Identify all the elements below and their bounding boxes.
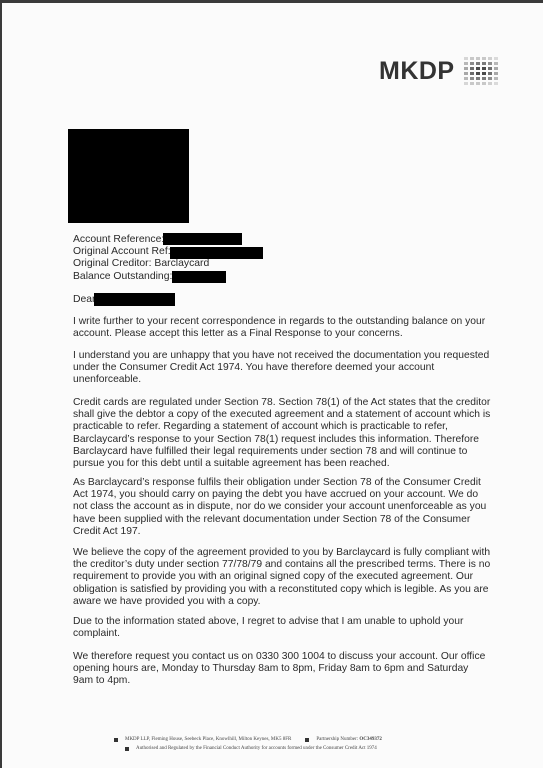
logo-dot: [470, 67, 474, 70]
logo-dot: [464, 57, 468, 60]
partnership-label: Partnership Number:: [316, 737, 358, 742]
logo-dot: [476, 82, 480, 85]
paragraph-obligation: As Barclaycard’s response fulfils their …: [73, 477, 491, 538]
logo-dot: [464, 82, 468, 85]
paragraph-intro: I write further to your recent correspon…: [73, 316, 491, 340]
logo-dot: [482, 82, 486, 85]
logo-dot: [488, 67, 492, 70]
bullet-square-icon: [305, 738, 309, 742]
logo-dot: [494, 82, 498, 85]
logo-dot: [482, 77, 486, 80]
bullet-square-icon: [125, 747, 129, 751]
original-creditor-line: Original Creditor: Barclaycard: [73, 258, 493, 270]
logo-dot: [476, 62, 480, 65]
footer: MKDP LLP, Fleming House, Seebeck Place, …: [114, 735, 382, 753]
logo-dot: [476, 72, 480, 75]
company-logo: MKDP: [379, 55, 498, 87]
logo-dot: [476, 57, 480, 60]
redacted-address-block: [68, 129, 189, 223]
logo-dot: [494, 57, 498, 60]
logo-dot: [470, 72, 474, 75]
redacted-balance-outstanding: [172, 271, 226, 283]
logo-dot: [476, 77, 480, 80]
letter-page: MKDP Account Reference: Original Account…: [0, 0, 543, 768]
logo-dot: [482, 57, 486, 60]
logo-dot: [470, 57, 474, 60]
logo-text: MKDP: [379, 57, 455, 86]
logo-dot: [464, 77, 468, 80]
logo-dot: [488, 62, 492, 65]
logo-dot: [494, 77, 498, 80]
paragraph-section-78: Credit cards are regulated under Section…: [73, 397, 491, 470]
account-reference-line: Account Reference:: [73, 234, 493, 246]
logo-dot: [464, 62, 468, 65]
logo-dot: [488, 82, 492, 85]
logo-dot: [494, 72, 498, 75]
logo-dot: [494, 67, 498, 70]
logo-dot: [464, 67, 468, 70]
paragraph-complaint: Due to the information stated above, I r…: [73, 616, 491, 640]
logo-dot: [470, 62, 474, 65]
logo-dot: [464, 72, 468, 75]
footer-address: MKDP LLP, Fleming House, Seebeck Place, …: [125, 737, 291, 742]
logo-dot: [470, 82, 474, 85]
paragraph-agreement-copy: We believe the copy of the agreement pro…: [73, 547, 491, 608]
redacted-original-account-ref: [170, 247, 263, 259]
redacted-recipient-name: [94, 293, 175, 306]
logo-dot: [482, 72, 486, 75]
logo-dot: [488, 72, 492, 75]
logo-dot: [476, 67, 480, 70]
logo-dot: [482, 67, 486, 70]
partnership-number: OC349372: [359, 737, 382, 742]
paragraph-unhappy: I understand you are unhappy that you ha…: [73, 350, 491, 387]
logo-dot: [470, 77, 474, 80]
logo-dot: [488, 57, 492, 60]
paragraph-contact: We therefore request you contact us on 0…: [73, 651, 491, 688]
reference-block: Account Reference: Original Account Ref:…: [73, 234, 493, 283]
redacted-account-reference: [163, 233, 242, 245]
bullet-square-icon: [114, 738, 118, 742]
logo-dot: [488, 77, 492, 80]
balance-outstanding-line: Balance Outstanding:: [73, 271, 493, 283]
original-account-ref-line: Original Account Ref:: [73, 246, 493, 258]
logo-dot-grid-icon: [464, 57, 498, 85]
logo-dot: [482, 62, 486, 65]
footer-regulation: Authorised and Regulated by the Financia…: [136, 746, 377, 751]
logo-dot: [494, 62, 498, 65]
